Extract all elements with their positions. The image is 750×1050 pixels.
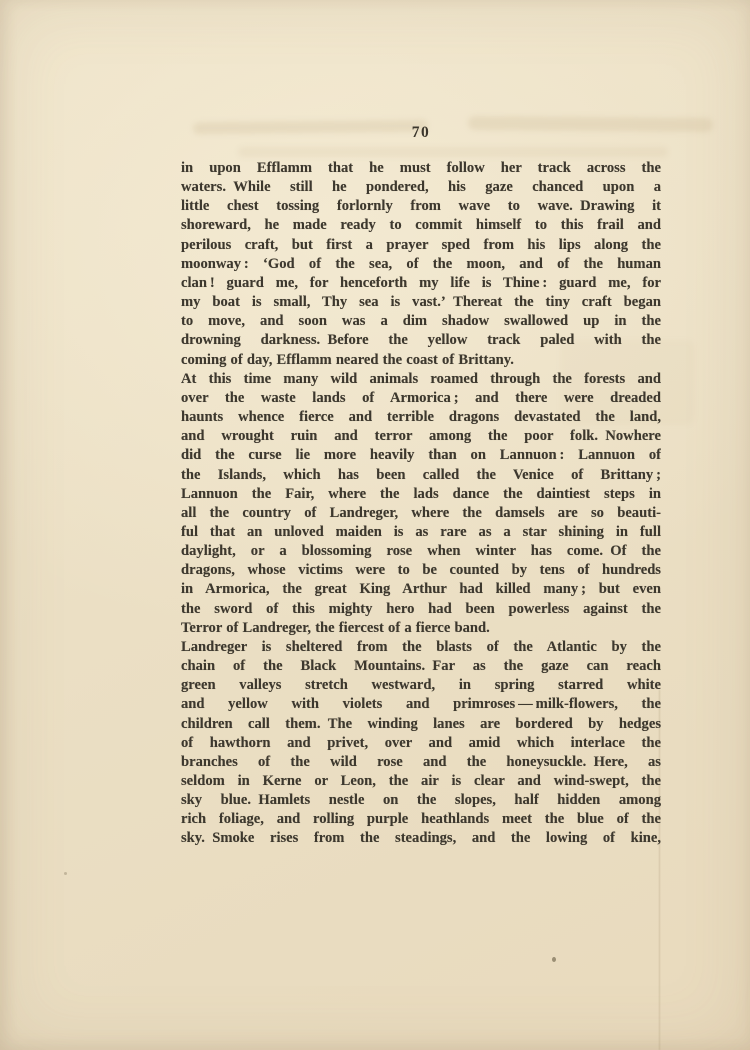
text-line: in upon Efflamm that he must follow her …	[181, 159, 661, 178]
text-line: children call them. The winding lanes ar…	[181, 715, 661, 734]
show-through-mark	[238, 147, 668, 157]
text-line: over the waste lands of Armorica ; and t…	[181, 389, 661, 408]
paper-speck	[64, 872, 67, 875]
paper-speck	[552, 957, 556, 962]
text-line: perilous craft, but first a prayer sped …	[181, 236, 661, 255]
text-line: and wrought ruin and terror among the po…	[181, 427, 661, 446]
text-line: haunts whence fierce and terrible dragon…	[181, 408, 661, 427]
text-line: of hawthorn and privet, over and amid wh…	[181, 734, 661, 753]
text-line: At this time many wild animals roamed th…	[181, 370, 661, 389]
text-line: moonway : ‘God of the sea, of the moon, …	[181, 255, 661, 274]
text-line: dragons, whose victims were to be counte…	[181, 561, 661, 580]
text-line: daylight, or a blossoming rose when wint…	[181, 542, 661, 561]
text-line: and yellow with violets and primroses — …	[181, 695, 661, 714]
text-line: Landreger is sheltered from the blasts o…	[181, 638, 661, 657]
text-line: drowning darkness. Before the yellow tra…	[181, 331, 661, 350]
text-line: to move, and soon was a dim shadow swall…	[181, 312, 661, 331]
text-line: Lannuon the Fair, where the lads dance t…	[181, 485, 661, 504]
paragraph: At this time many wild animals roamed th…	[181, 370, 661, 638]
text-line: the sword of this mighty hero had been p…	[181, 600, 661, 619]
text-line: chain of the Black Mountains. Far as the…	[181, 657, 661, 676]
text-line: all the country of Landreger, where the …	[181, 504, 661, 523]
text-line: did the curse lie more heavily than on L…	[181, 446, 661, 465]
text-line: waters. While still he pondered, his gaz…	[181, 178, 661, 197]
paragraph: in upon Efflamm that he must follow her …	[181, 159, 661, 370]
text-line: coming of day, Efflamm neared the coast …	[181, 351, 661, 370]
text-line: clan ! guard me, for henceforth my life …	[181, 274, 661, 293]
text-block: in upon Efflamm that he must follow her …	[181, 159, 661, 849]
paragraph: Landreger is sheltered from the blasts o…	[181, 638, 661, 849]
text-line: the Islands, which has been called the V…	[181, 466, 661, 485]
text-line: rich foliage, and rolling purple heathla…	[181, 810, 661, 829]
text-line: branches of the wild rose and the honeys…	[181, 753, 661, 772]
text-line: sky blue. Hamlets nestle on the slopes, …	[181, 791, 661, 810]
text-line: sky. Smoke rises from the steadings, and…	[181, 829, 661, 848]
text-line: shoreward, he made ready to commit himse…	[181, 216, 661, 235]
text-line: Terror of Landreger, the fiercest of a f…	[181, 619, 661, 638]
book-page: 70 in upon Efflamm that he must follow h…	[0, 0, 750, 1050]
text-line: green valleys stretch westward, in sprin…	[181, 676, 661, 695]
text-line: seldom in Kerne or Leon, the air is clea…	[181, 772, 661, 791]
text-line: in Armorica, the great King Arthur had k…	[181, 580, 661, 599]
text-line: ful that an unloved maiden is as rare as…	[181, 523, 661, 542]
text-line: little chest tossing forlornly from wave…	[181, 197, 661, 216]
text-line: my boat is small, Thy sea is vast.’ Ther…	[181, 293, 661, 312]
page-number: 70	[181, 124, 661, 142]
